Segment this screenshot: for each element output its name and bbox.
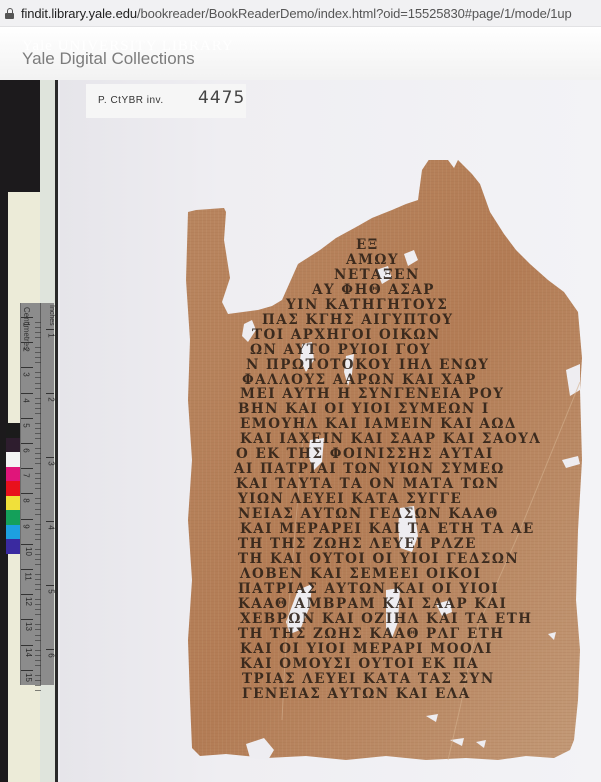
color-swatch: [6, 496, 20, 511]
papyrus-text-line: ΓΕΝΕΙΑΣ ΑΥΤΩΝ ΚΑΙ ΕΛΑ: [242, 686, 471, 702]
ruler-cm-number: 14: [24, 648, 33, 657]
color-swatch: [6, 481, 20, 496]
ruler-minor-tick: [35, 589, 41, 590]
ruler-minor-tick: [35, 599, 41, 600]
papyrus-text-line: ΚΑΙ ΜΕΡΑΡΕΙ ΚΑΙ ΤΑ ΕΤΗ ΤΑ ΑΕ: [240, 521, 535, 537]
ruler-cm-number: 3: [22, 373, 31, 377]
papyrus-text-line: ΚΑΙ ΙΑΧΕΙΝ ΚΑΙ ΣΑΑΡ ΚΑΙ ΣΑΟΥΛ: [240, 431, 541, 447]
ruler-cm-tick: [21, 544, 33, 545]
ruler-cm-number: 5: [22, 423, 31, 427]
papyrus-text-line: ΩΝ ΑΥΤΟ ΡΥΙΟΙ ΓΟΥ: [250, 342, 431, 358]
ruler-minor-tick: [35, 438, 41, 439]
ruler-minor-tick: [35, 322, 41, 323]
ruler-minor-tick: [35, 584, 41, 585]
ruler-minor-tick: [35, 383, 41, 384]
measurement-ruler: Centimetres Inches 123456789101112131415…: [20, 303, 54, 685]
ruler-minor-tick: [35, 428, 41, 429]
ruler-cm-tick: [21, 418, 33, 419]
ruler-cm-number: 4: [22, 398, 31, 402]
ruler-minor-tick: [35, 624, 41, 625]
ruler-centimetres-label: Centimetres: [22, 307, 31, 350]
ruler-minor-tick: [35, 680, 41, 681]
ruler-cm-number: 1: [22, 322, 31, 326]
ruler-inch-tick: [46, 585, 54, 586]
papyrus-text-line: ΤΡΙΑΣ ΛΕΥΕΙ ΚΑΤΑ ΤΑΣ ΣΥΝ: [242, 671, 495, 687]
ruler-minor-tick: [35, 463, 41, 464]
ruler-cm-number: 2: [22, 347, 31, 351]
ruler-minor-tick: [35, 433, 41, 434]
papyrus-text-line: ΑΜΩΥ: [346, 252, 399, 268]
ruler-minor-tick: [35, 655, 41, 656]
ruler-minor-tick: [35, 690, 41, 691]
papyrus-text-line: ΤΗ ΚΑΙ ΟΥΤΟΙ ΟΙ ΥΙΟΙ ΓΕΔΣΩΝ: [238, 551, 519, 567]
ruler-minor-tick: [35, 498, 41, 499]
papyrus-text-line: ΝΕΤΑΞΕΝ: [334, 267, 420, 283]
ruler-minor-tick: [35, 423, 41, 424]
lock-icon: [5, 8, 14, 19]
ruler-inch-number: 1: [46, 333, 55, 337]
ruler-minor-tick: [35, 357, 41, 358]
ruler-minor-tick: [35, 509, 41, 510]
ruler-minor-tick: [35, 458, 41, 459]
ruler-minor-tick: [35, 534, 41, 535]
ruler-minor-tick: [35, 514, 41, 515]
site-title[interactable]: Yale Digital Collections: [22, 49, 195, 69]
inventory-number: 4475: [198, 88, 245, 108]
ruler-minor-tick: [35, 554, 41, 555]
papyrus-text-line: ΕΞ: [356, 237, 379, 253]
ruler-minor-tick: [35, 352, 41, 353]
site-header: Yale UNIVERSITY LIBRARY Yale Digital Col…: [0, 27, 601, 80]
ruler-minor-tick: [35, 635, 41, 636]
ruler-minor-tick: [35, 640, 41, 641]
ruler-minor-tick: [35, 559, 41, 560]
ruler-minor-tick: [35, 478, 41, 479]
ruler-cm-tick: [21, 317, 33, 318]
ruler-cm-number: 9: [22, 524, 31, 528]
ruler-minor-tick: [35, 372, 41, 373]
ruler-minor-tick: [35, 327, 41, 328]
ruler-minor-tick: [35, 488, 41, 489]
papyrus-text-line: ΛΟΒΕΝ ΚΑΙ ΣΕΜΕΕΙ ΟΙΚΟΙ: [240, 566, 481, 582]
papyrus-text-line: ΚΑΙ ΟΙ ΥΙΟΙ ΜΕΡΑΡΙ ΜΟΟΛΙ: [240, 641, 493, 657]
ruler-inch-tick: [46, 329, 54, 330]
ruler-inch-tick: [46, 393, 54, 394]
inventory-label-printed: P. CtYBR inv.: [98, 95, 164, 106]
ruler-minor-tick: [35, 629, 41, 630]
papyrus-text-line: ΚΑΙ ΟΜΟΥΣΙ ΟΥΤΟΙ ΕΚ ΠΑ: [240, 656, 479, 672]
ruler-inches-label: Inches: [48, 305, 55, 326]
bookreader-viewer[interactable]: Centimetres Inches 123456789101112131415…: [0, 80, 601, 782]
ruler-inch-tick: [46, 649, 54, 650]
papyrus-text-line: ΤΗ ΤΗΣ ΖΩΗΣ ΛΕΥΕΙ ΡΛΖΕ: [238, 536, 477, 552]
ruler-minor-tick: [35, 483, 41, 484]
ruler-minor-tick: [35, 503, 41, 504]
ruler-minor-tick: [35, 564, 41, 565]
browser-address-bar[interactable]: findit.library.yale.edu/bookreader/BookR…: [0, 0, 601, 27]
ruler-minor-tick: [35, 675, 41, 676]
color-calibration-swatches: [6, 423, 20, 554]
url-text[interactable]: findit.library.yale.edu/bookreader/BookR…: [21, 6, 572, 21]
papyrus-fragment-image: ΕΞΑΜΩΥΝΕΤΑΞΕΝΑΥ ΦΗΘ ΑΣΑΡΥΙΝ ΚΑΤΗΓΗΤΟΥΣΠΑ…: [186, 160, 585, 762]
ruler-minor-tick: [35, 524, 41, 525]
ruler-cm-tick: [21, 594, 33, 595]
papyrus-text-line: ΒΗΝ ΚΑΙ ΟΙ ΥΙΟΙ ΣΥΜΕΩΝ Ι: [238, 401, 490, 417]
ruler-minor-tick: [35, 448, 41, 449]
inventory-label: P. CtYBR inv. 4475: [86, 84, 246, 118]
papyrus-text-line: ΚΑΙ ΤΑΥΤΑ ΤΑ ΟΝ ΜΑΤΑ ΤΩΝ: [236, 476, 500, 492]
papyrus-text-line: ΥΙΝ ΚΑΤΗΓΗΤΟΥΣ: [286, 297, 448, 313]
ruler-minor-tick: [35, 388, 41, 389]
papyrus-text-line: ΑΙ ΠΑΤΡΙΑΙ ΤΩΝ ΥΙΩΝ ΣΥΜΕΩ: [234, 461, 505, 477]
ruler-minor-tick: [35, 332, 41, 333]
ruler-cm-tick: [21, 670, 33, 671]
ruler-minor-tick: [35, 614, 41, 615]
ruler-inch-number: 3: [46, 461, 55, 465]
ruler-minor-tick: [35, 529, 41, 530]
ruler-cm-number: 10: [24, 547, 33, 556]
ruler-cm-tick: [21, 569, 33, 570]
papyrus-text-line: ΚΑΑΘ ΑΜΒΡΑΜ ΚΑΙ ΣΑΑΡ ΚΑΙ: [238, 596, 507, 612]
ruler-minor-tick: [35, 650, 41, 651]
ruler-inch-number: 4: [46, 525, 55, 529]
ruler-cm-tick: [21, 493, 33, 494]
ruler-cm-tick: [21, 619, 33, 620]
ruler-minor-tick: [35, 347, 41, 348]
papyrus-text-line: ΑΥ ΦΗΘ ΑΣΑΡ: [312, 282, 435, 298]
ruler-minor-tick: [35, 574, 41, 575]
ruler-cm-tick: [21, 367, 33, 368]
ruler-cm-number: 6: [22, 448, 31, 452]
ruler-minor-tick: [35, 398, 41, 399]
papyrus-text-line: ΕΜΟΥΗΛ ΚΑΙ ΙΑΜΕΙΝ ΚΑΙ ΑΩΔ: [240, 416, 517, 432]
ruler-cm-number: 13: [24, 622, 33, 631]
papyrus-text-line: ΝΕΙΑΣ ΑΥΤΩΝ ΓΕΔΣΩΝ ΚΑΑΘ: [238, 506, 499, 522]
papyrus-text-line: ΥΙΩΝ ΛΕΥΕΙ ΚΑΤΑ ΣΥΓΓΕ: [238, 491, 462, 507]
ruler-cm-tick: [21, 519, 33, 520]
ruler-cm-number: 11: [24, 572, 33, 580]
ruler-cm-tick: [21, 443, 33, 444]
ruler-minor-tick: [35, 609, 41, 610]
ruler-inch-tick: [46, 457, 54, 458]
color-swatch: [6, 452, 20, 467]
ruler-minor-tick: [35, 408, 41, 409]
ruler-cm-tick: [21, 393, 33, 394]
papyrus-text-line: ΜΕΙ ΑΥΤΗ Η ΣΥΝΓΕΝΕΙΑ ΡΟΥ: [240, 386, 504, 402]
ruler-inch-number: 2: [46, 397, 55, 401]
ruler-inch-number: 6: [46, 653, 55, 657]
papyrus-text-line: ΠΑΣ ΚΓΗΣ ΑΙΓΥΠΤΟΥ: [262, 312, 454, 328]
ruler-minor-tick: [35, 377, 41, 378]
ruler-cm-tick: [21, 645, 33, 646]
ruler-cm-number: 7: [22, 473, 31, 477]
ruler-minor-tick: [35, 362, 41, 363]
papyrus-text-line: ΠΑΤΡΙΑΣ ΑΥΤΩΝ ΚΑΙ ΟΙ ΥΙΟΙ: [238, 581, 499, 597]
ruler-cm-number: 12: [24, 597, 33, 606]
color-swatch: [6, 539, 20, 554]
color-swatch: [6, 467, 20, 482]
color-swatch: [6, 510, 20, 525]
ruler-inch-number: 5: [46, 589, 55, 593]
ruler-minor-tick: [35, 473, 41, 474]
ruler-minor-tick: [35, 453, 41, 454]
ruler-cm-number: 15: [24, 673, 33, 682]
ruler-minor-tick: [35, 660, 41, 661]
papyrus-text-line: Ο ΕΚ ΤΗΣ ΦΟΙΝΙΣΣΗΣ ΑΥΤΑΙ: [236, 446, 494, 462]
ruler-minor-tick: [35, 579, 41, 580]
ruler-cm-tick: [21, 468, 33, 469]
ruler-minor-tick: [35, 665, 41, 666]
color-swatch: [6, 438, 20, 453]
ruler-minor-tick: [35, 413, 41, 414]
ruler-minor-tick: [35, 403, 41, 404]
ruler-cm-number: 8: [22, 499, 31, 503]
ruler-cm-tick: [21, 342, 33, 343]
ruler-minor-tick: [35, 539, 41, 540]
ruler-minor-tick: [35, 604, 41, 605]
ruler-minor-tick: [35, 549, 41, 550]
ruler-minor-tick: [35, 685, 41, 686]
color-swatch: [6, 423, 20, 438]
papyrus-text-line: ΧΕΒΡΩΝ ΚΑΙ ΟΖΙΗΛ ΚΑΙ ΤΑ ΕΤΗ: [240, 611, 533, 627]
ruler-inch-tick: [46, 521, 54, 522]
papyrus-text-line: Ν ΠΡΩΤΟΤΟΚΟΥ ΙΗΛ ΕΝΩΥ: [246, 357, 489, 373]
color-swatch: [6, 525, 20, 540]
ruler-minor-tick: [35, 337, 41, 338]
papyrus-text-line: ΤΟΙ ΑΡΧΗΓΟΙ ΟΙΚΩΝ: [252, 327, 441, 343]
papyrus-text-line: ΤΗ ΤΗΣ ΖΩΗΣ ΚΑΑΘ ΡΛΓ ΕΤΗ: [238, 626, 505, 642]
